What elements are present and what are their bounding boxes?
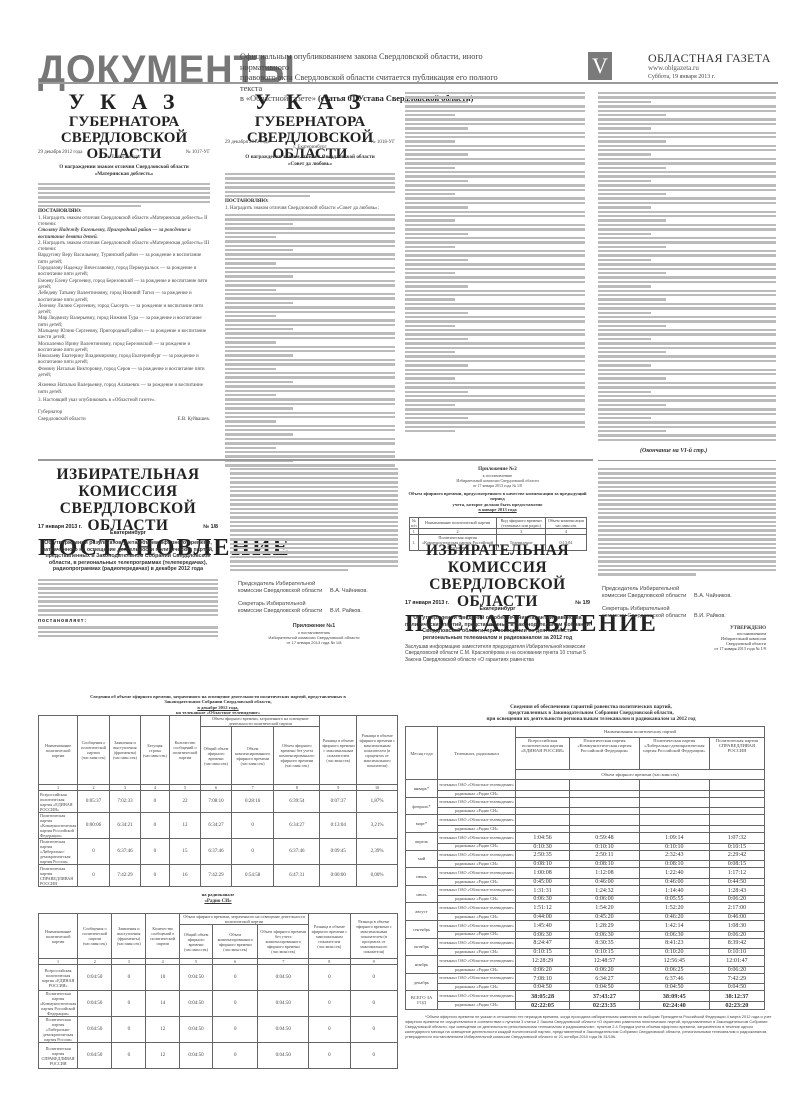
text-line xyxy=(225,284,395,286)
cell: 0:00:06 xyxy=(78,813,110,839)
text-line xyxy=(225,275,293,277)
text-line xyxy=(598,417,651,419)
text-line xyxy=(598,325,666,327)
resolution-heading: Об утверждении Сведений об обеспечении г… xyxy=(405,615,590,641)
col-header: Вид эфирного времени (телеканал или ради… xyxy=(497,517,546,528)
resolution-heading: Об утверждении результатов учета объема … xyxy=(38,540,218,573)
col-header: Объем компенсированного эфирного времени… xyxy=(231,727,274,785)
cell xyxy=(516,815,570,826)
cell: 0:06:30 xyxy=(639,931,709,938)
table-row: радиоканал «Радио СИ»0:10:300:10:100:10:… xyxy=(406,843,765,850)
col-header: Объем компенсации час:мин:сек xyxy=(546,517,586,528)
channel-cell: радиоканал «Радио СИ» xyxy=(438,949,516,956)
cell: 15 xyxy=(169,839,200,865)
text-line xyxy=(598,118,776,120)
cell: 2:32:43 xyxy=(639,850,709,861)
izbirkom-1-8-continued: Председатель Избирательной комиссии Свер… xyxy=(230,466,398,645)
text-line xyxy=(405,184,585,186)
ukaz-title: У К А З xyxy=(38,90,210,114)
text-line xyxy=(598,290,776,292)
cell: 1:12:08 xyxy=(570,868,640,879)
cell: 0 xyxy=(213,1017,258,1043)
text-line xyxy=(598,246,666,248)
cell: 0 xyxy=(141,791,170,813)
cell: 12:01:47 xyxy=(709,956,764,967)
text-line xyxy=(405,294,585,296)
table-row: радиоканал «Радио СИ»0:04:500:04:500:04:… xyxy=(406,984,765,991)
cell: Политическая партия «Коммунистическая па… xyxy=(39,813,78,839)
cell: 1:54:20 xyxy=(570,903,640,914)
text-line xyxy=(598,254,776,256)
awardee: Николаеву Екатерину Владимировну, город … xyxy=(38,354,199,365)
cell: 0 xyxy=(112,965,146,991)
text-line xyxy=(405,132,585,134)
cell: 0:10:10 xyxy=(570,843,640,850)
table-row: Всероссийская политическая партия «ЕДИНА… xyxy=(39,791,398,813)
ukaz-heading: О награждении знаком отличия Свердловско… xyxy=(225,154,395,161)
cell: 0 xyxy=(112,991,146,1017)
text-line xyxy=(405,285,468,287)
text-line xyxy=(405,298,455,300)
cell: 0:10:15 xyxy=(570,949,640,956)
cell xyxy=(570,808,640,815)
text-line xyxy=(598,281,776,283)
text-line xyxy=(598,285,651,287)
text-line xyxy=(405,193,455,195)
channel-cell: телеканал ОАО «Областное телевидение» xyxy=(438,850,516,861)
izbirkom-1-9-body: 17 января 2013 г.№ 1/9 Екатеринбург Об у… xyxy=(405,600,590,663)
text-line xyxy=(405,404,455,406)
cell: 12:56:45 xyxy=(639,956,709,967)
cell: 0:09:45 xyxy=(320,839,357,865)
col-header: Наименование политической партии xyxy=(39,914,78,959)
text-line xyxy=(598,184,776,186)
cell xyxy=(570,825,640,832)
text-line xyxy=(225,363,395,365)
text-line xyxy=(405,167,455,169)
appendix-title: Объем эфирного времени, предусмотренного… xyxy=(405,491,590,502)
cell: 0:06:30 xyxy=(570,931,640,938)
text-line xyxy=(405,110,585,112)
text-line xyxy=(598,377,666,379)
cell: 0:28:16 xyxy=(231,791,274,813)
cell: 0:45:20 xyxy=(570,913,640,920)
cell: 02:22:05 xyxy=(516,1001,570,1009)
text-line xyxy=(405,224,585,226)
cell: 6:34:27 xyxy=(570,973,640,984)
cell: 0:10:10 xyxy=(639,843,709,850)
cell: 7:42:29 xyxy=(709,973,764,984)
cell: 0:04:50 xyxy=(570,984,640,991)
text-line xyxy=(598,276,776,278)
table-row: сентябрьтелеканал ОАО «Областное телевид… xyxy=(406,920,765,931)
col-header: Общий объем эфирного времени (час:мин:се… xyxy=(180,925,213,959)
table-row: радиоканал «Радио СИ»0:06:300:06:000:05:… xyxy=(406,896,765,903)
text-line xyxy=(405,290,585,292)
secretary-name: В.И. Райков. xyxy=(330,608,398,615)
text-line xyxy=(598,320,776,322)
awardee: Вардугину Веру Васильевну, Туринский рай… xyxy=(38,253,201,264)
text-line xyxy=(225,425,395,427)
cell: 0:59:48 xyxy=(570,832,640,843)
chair-name: В.А. Чайников. xyxy=(694,593,776,600)
table-row: октябрьтелеканал ОАО «Областное телевиде… xyxy=(406,938,765,949)
cell: 1:04:56 xyxy=(516,832,570,843)
party-header: Политическая партия СПРАВЕДЛИВАЯ РОССИЯ xyxy=(709,737,764,769)
text-line xyxy=(225,227,395,229)
ukaz-item: 2. Наградить знаком отличия Свердловской… xyxy=(38,241,210,254)
cell xyxy=(639,808,709,815)
cell: 10 xyxy=(146,965,180,991)
table-row: Политическая партия «Коммунистическая па… xyxy=(39,991,398,1017)
cell: 37:43:27 xyxy=(570,991,640,1002)
cell: 0:04:50 xyxy=(180,1017,213,1043)
cell xyxy=(570,780,640,791)
resolution-intro: Заслушав информацию заместителя председа… xyxy=(405,644,590,663)
footnote: *Объем эфирного времени не указан в отно… xyxy=(405,1014,777,1039)
cell: 7:08:10 xyxy=(201,791,232,813)
cell: 0:04:50 xyxy=(258,965,309,991)
ukaz-1017-body: 29 декабря 2012 года№ 1017-УГ г. Екатери… xyxy=(38,150,210,422)
col-header: Общий объем эфирного времени (час:мин:се… xyxy=(201,727,232,785)
text-line xyxy=(225,433,293,435)
text-line xyxy=(598,364,651,366)
cell: 0 xyxy=(78,839,110,865)
cell xyxy=(709,780,764,791)
cell: 6:39:54 xyxy=(274,791,320,813)
text-line xyxy=(598,355,776,357)
newspaper-logo-icon: V xyxy=(588,52,612,80)
text-line xyxy=(225,381,293,383)
cell: 0:08:10 xyxy=(516,861,570,868)
cell: 0:44:00 xyxy=(516,913,570,920)
table-row: март*телеканал ОАО «Областное телевидени… xyxy=(406,815,765,826)
cell: 0:04:50 xyxy=(258,1017,309,1043)
table-row: апрельтелеканал ОАО «Областное телевиден… xyxy=(406,832,765,843)
header-divider xyxy=(38,82,778,84)
month-cell: февраль* xyxy=(406,797,438,815)
izbirkom-1-8-body: 17 января 2013 г.№ 1/8 Екатеринбург Об у… xyxy=(38,524,218,639)
cell: 1:09:14 xyxy=(639,832,709,843)
cell: 6:47:31 xyxy=(274,865,320,887)
awardee: Мальцеву Юлию Сергеевну, Пригородный рай… xyxy=(38,329,206,340)
cell: 0:06:20 xyxy=(709,896,764,903)
text-line xyxy=(225,214,395,216)
cell xyxy=(516,790,570,797)
cell: 12:28:29 xyxy=(516,956,570,967)
text-line xyxy=(598,127,651,129)
text-line xyxy=(405,329,585,331)
cell: 0 xyxy=(141,813,170,839)
text-line xyxy=(225,412,395,414)
text-line xyxy=(405,426,585,428)
cell xyxy=(639,797,709,808)
col-header: Заявления и выступления (фрагменты) (час… xyxy=(109,716,140,785)
text-line xyxy=(598,105,776,107)
col-header: Заявления и выступления (фрагменты) (час… xyxy=(112,914,146,959)
text-line xyxy=(405,369,585,371)
cell: 7:42:29 xyxy=(109,865,140,887)
month-cell: октябрь xyxy=(406,938,438,956)
cell: 0:06:20 xyxy=(570,966,640,973)
cell: 0:10:15 xyxy=(709,843,764,850)
text-line xyxy=(405,105,585,107)
text-line xyxy=(598,171,776,173)
col-header: Количество сообщений о политической парт… xyxy=(146,914,180,959)
text-line xyxy=(225,451,395,453)
resolution-decree-word: постановляет: xyxy=(38,618,218,624)
text-line xyxy=(598,408,776,410)
cell: 0 xyxy=(213,991,258,1017)
table-row: радиоканал «Радио СИ» xyxy=(406,825,765,832)
ukaz-title: У К А З xyxy=(225,90,395,114)
table-row: февраль*телеканал ОАО «Областное телевид… xyxy=(406,797,765,808)
text-line xyxy=(405,92,585,94)
text-line xyxy=(405,276,585,278)
text-line xyxy=(405,364,468,366)
cell: 0 xyxy=(350,965,397,991)
cell: 0,00% xyxy=(357,865,398,887)
text-line xyxy=(405,175,585,177)
text-line xyxy=(405,259,468,261)
signatory-name: Е.В. Куйвашев. xyxy=(178,417,210,422)
channel-cell: радиоканал «Радио СИ» xyxy=(438,966,516,973)
ukaz-date: 29 декабря 2012 года xyxy=(225,140,269,145)
month-cell: декабрь xyxy=(406,973,438,991)
text-line xyxy=(405,211,585,213)
cell: Политическая партия СПРАВЕДЛИВАЯ РОССИЯ xyxy=(39,865,78,887)
cell: 0:06:25 xyxy=(639,966,709,973)
channel-cell: радиоканал «Радио СИ» xyxy=(438,825,516,832)
newspaper-url[interactable]: www.oblgazeta.ru xyxy=(648,64,699,72)
text-line xyxy=(225,289,276,291)
text-line xyxy=(225,403,395,405)
text-line xyxy=(598,329,776,331)
cell xyxy=(639,825,709,832)
text-line xyxy=(598,206,651,208)
cell: 7:02:33 xyxy=(109,791,140,813)
cell: 0:08:15 xyxy=(709,861,764,868)
ukaz-number: № 1018-УГ xyxy=(371,140,395,145)
ukaz-1018-body: 29 декабря 2012 года№ 1018-УГ г. Екатери… xyxy=(225,140,395,469)
cell: 22 xyxy=(169,791,200,813)
text-line xyxy=(598,333,776,335)
text-line xyxy=(598,114,666,116)
cell: Политическая партия «Коммунистическая па… xyxy=(39,991,78,1017)
text-line xyxy=(598,149,776,151)
cell: 0 xyxy=(112,1043,146,1069)
cell xyxy=(570,790,640,797)
text-line xyxy=(405,408,585,410)
cell: 0 xyxy=(141,839,170,865)
col-header: Объем эфирного времени без учета компенс… xyxy=(274,727,320,785)
channel-cell: телеканал ОАО «Областное телевидение» xyxy=(438,920,516,931)
col-header: Наименование политической партии xyxy=(39,716,78,785)
ukaz-subtitle: ГУБЕРНАТОРА xyxy=(38,114,210,130)
channel-cell: радиоканал «Радио СИ» xyxy=(438,808,516,815)
text-line xyxy=(598,373,776,375)
cell: 0 xyxy=(309,1017,351,1043)
cell: 1,87% xyxy=(357,791,398,813)
cell: 0:08:10 xyxy=(639,861,709,868)
cell: 1:52:20 xyxy=(639,903,709,914)
cell: 0:04:50 xyxy=(180,1043,213,1069)
text-line xyxy=(225,354,293,356)
text-line xyxy=(225,341,276,343)
text-line xyxy=(405,206,468,208)
col-header: № п/п xyxy=(409,517,419,528)
cell: 6:37:46 xyxy=(109,839,140,865)
col-group-header: Объем эфирного времени, затраченного на … xyxy=(180,914,309,925)
text-line xyxy=(598,101,651,103)
awardee: Мяр Людмилу Валерьевну, город Нижняя Тур… xyxy=(38,316,202,327)
channel-cell: радиоканал «Радио СИ» xyxy=(438,913,516,920)
text-line xyxy=(598,391,651,393)
awardee: Москаленко Ирину Валентиновну, город Бер… xyxy=(38,342,190,353)
issue-date: Суббота, 19 января 2013 г. xyxy=(648,74,715,80)
text-line xyxy=(405,149,585,151)
month-cell: март* xyxy=(406,815,438,833)
text-line xyxy=(405,281,585,283)
ukaz-subtitle: ГУБЕРНАТОРА xyxy=(225,114,395,130)
text-line xyxy=(405,312,468,314)
cell: 1:00:08 xyxy=(516,868,570,879)
awardee: Емоеву Елену Сергеевну, город Березовски… xyxy=(38,279,207,290)
text-line xyxy=(405,101,468,103)
text-line xyxy=(598,215,776,217)
cell: 0 xyxy=(112,1017,146,1043)
text-line xyxy=(405,171,585,173)
cell xyxy=(516,825,570,832)
awardee: Лебедеву Татьяну Валентиновну, город Ниж… xyxy=(38,291,192,302)
month-cell: май xyxy=(406,850,438,868)
text-line xyxy=(225,262,276,264)
channel-cell: радиоканал «Радио СИ» xyxy=(438,984,516,991)
text-line xyxy=(225,455,395,457)
cell: 7:42:29 xyxy=(201,865,232,887)
text-line xyxy=(405,123,585,125)
text-line xyxy=(225,306,395,308)
cell: 0:54:58 xyxy=(231,865,274,887)
col-group-header: Наименования политических партий xyxy=(516,727,765,738)
cell: 0 xyxy=(141,865,170,887)
cell: 7:08:10 xyxy=(516,973,570,984)
channel-cell: телеканал ОАО «Областное телевидение» xyxy=(438,938,516,949)
text-line xyxy=(225,245,395,247)
text-line xyxy=(598,413,776,415)
table-row: радиоканал «Радио СИ»0:44:000:45:200:46:… xyxy=(406,913,765,920)
text-line xyxy=(405,202,585,204)
month-cell: апрель xyxy=(406,832,438,850)
channel-cell: телеканал ОАО «Областное телевидение» xyxy=(438,885,516,896)
cell: 0:06:20 xyxy=(516,966,570,973)
cell: 0:46:00 xyxy=(570,878,640,885)
col-header: Разница в объеме эфирного времени с макс… xyxy=(357,716,398,785)
col-header: Наименование политической партии xyxy=(419,517,497,528)
text-line xyxy=(598,136,776,138)
text-line xyxy=(598,369,776,371)
text-line xyxy=(598,347,776,349)
cell: 12 xyxy=(169,813,200,839)
table-row: майтелеканал ОАО «Областное телевидение»… xyxy=(406,850,765,861)
text-line xyxy=(225,302,293,304)
party-header: Политическая партия «Либерально-демократ… xyxy=(639,737,709,769)
text-line xyxy=(598,316,776,318)
resolution-date: 17 января 2013 г. xyxy=(405,600,449,606)
resolution-date: 17 января 2013 г. xyxy=(38,524,82,530)
text-line xyxy=(598,224,776,226)
table-row: радиоканал «Радио СИ» xyxy=(406,808,765,815)
table-row: радиоканал «Радио СИ»0:45:000:46:000:46:… xyxy=(406,878,765,885)
note-line: Официальным опубликованием закона Свердл… xyxy=(240,52,520,73)
cell: 1:22:40 xyxy=(639,868,709,879)
cell: 1:45:40 xyxy=(516,920,570,931)
cell: 1:28:29 xyxy=(570,920,640,931)
cell: 0:04:50 xyxy=(709,984,764,991)
cell: 0:04:50 xyxy=(516,984,570,991)
cell: 8:30:35 xyxy=(570,938,640,949)
col-header: Количество сообщений о политической парт… xyxy=(169,716,200,785)
text-line xyxy=(405,373,585,375)
cell: 0:46:00 xyxy=(709,913,764,920)
secretary-name: В.И. Райков. xyxy=(694,613,776,620)
text-line xyxy=(405,114,455,116)
section-divider xyxy=(38,459,593,461)
secretary-title: Секретарь Избирательной комиссии Свердло… xyxy=(238,601,328,615)
cell: 0 xyxy=(231,813,274,839)
cell: 1:07:32 xyxy=(709,832,764,843)
cell xyxy=(709,790,764,797)
text-line xyxy=(405,136,585,138)
text-line xyxy=(405,355,585,357)
appendix-1-tables: Сведения об объеме эфирного времени, зат… xyxy=(38,694,398,1069)
cell: 38:09:45 xyxy=(639,991,709,1002)
cell: 1:28:43 xyxy=(709,885,764,896)
party-header: Всероссийская политическая партия «ЕДИНА… xyxy=(516,737,570,769)
tv-airtime-table: Наименование политической партииСообщени… xyxy=(38,715,398,887)
cell: 0 xyxy=(231,839,274,865)
month-cell: ноябрь xyxy=(406,956,438,974)
cell: 0 xyxy=(213,1043,258,1069)
cell: 0:04:50 xyxy=(78,1017,112,1043)
cell: 0:08:10 xyxy=(570,861,640,868)
col-header: Разница в объеме эфирного времени с макс… xyxy=(320,716,357,785)
text-line xyxy=(405,228,585,230)
text-line xyxy=(598,162,776,164)
cell: 0:04:50 xyxy=(78,1043,112,1069)
channel-cell: радиоканал «Радио СИ» xyxy=(438,861,516,868)
cell: 2:17:00 xyxy=(709,903,764,914)
awardee: Столяну Надежду Евгеньевну, Пригородный … xyxy=(38,228,191,239)
table-row: радиоканал «Радио СИ»0:06:200:06:200:06:… xyxy=(406,966,765,973)
text-line xyxy=(405,386,585,388)
text-line xyxy=(225,438,395,440)
awardee: Яхненко Наталью Валерьевну, город Алапае… xyxy=(38,383,203,394)
text-line xyxy=(405,118,585,120)
chair-title: Председатель Избирательной комиссии Свер… xyxy=(238,581,328,595)
cell xyxy=(639,790,709,797)
text-line xyxy=(598,110,776,112)
cell: 0:06:20 xyxy=(709,966,764,973)
text-line xyxy=(405,395,585,397)
cell: 0 xyxy=(78,865,110,887)
text-line xyxy=(405,320,585,322)
col-header: Сообщения о политической партии (час:мин… xyxy=(78,914,112,959)
secretary-title: Секретарь Избирательной комиссии Свердло… xyxy=(602,606,692,620)
table-row: Политическая партия СПРАВЕДЛИВАЯ РОССИЯ0… xyxy=(39,865,398,887)
cell: 0:07:37 xyxy=(320,791,357,813)
cell: 0 xyxy=(213,965,258,991)
